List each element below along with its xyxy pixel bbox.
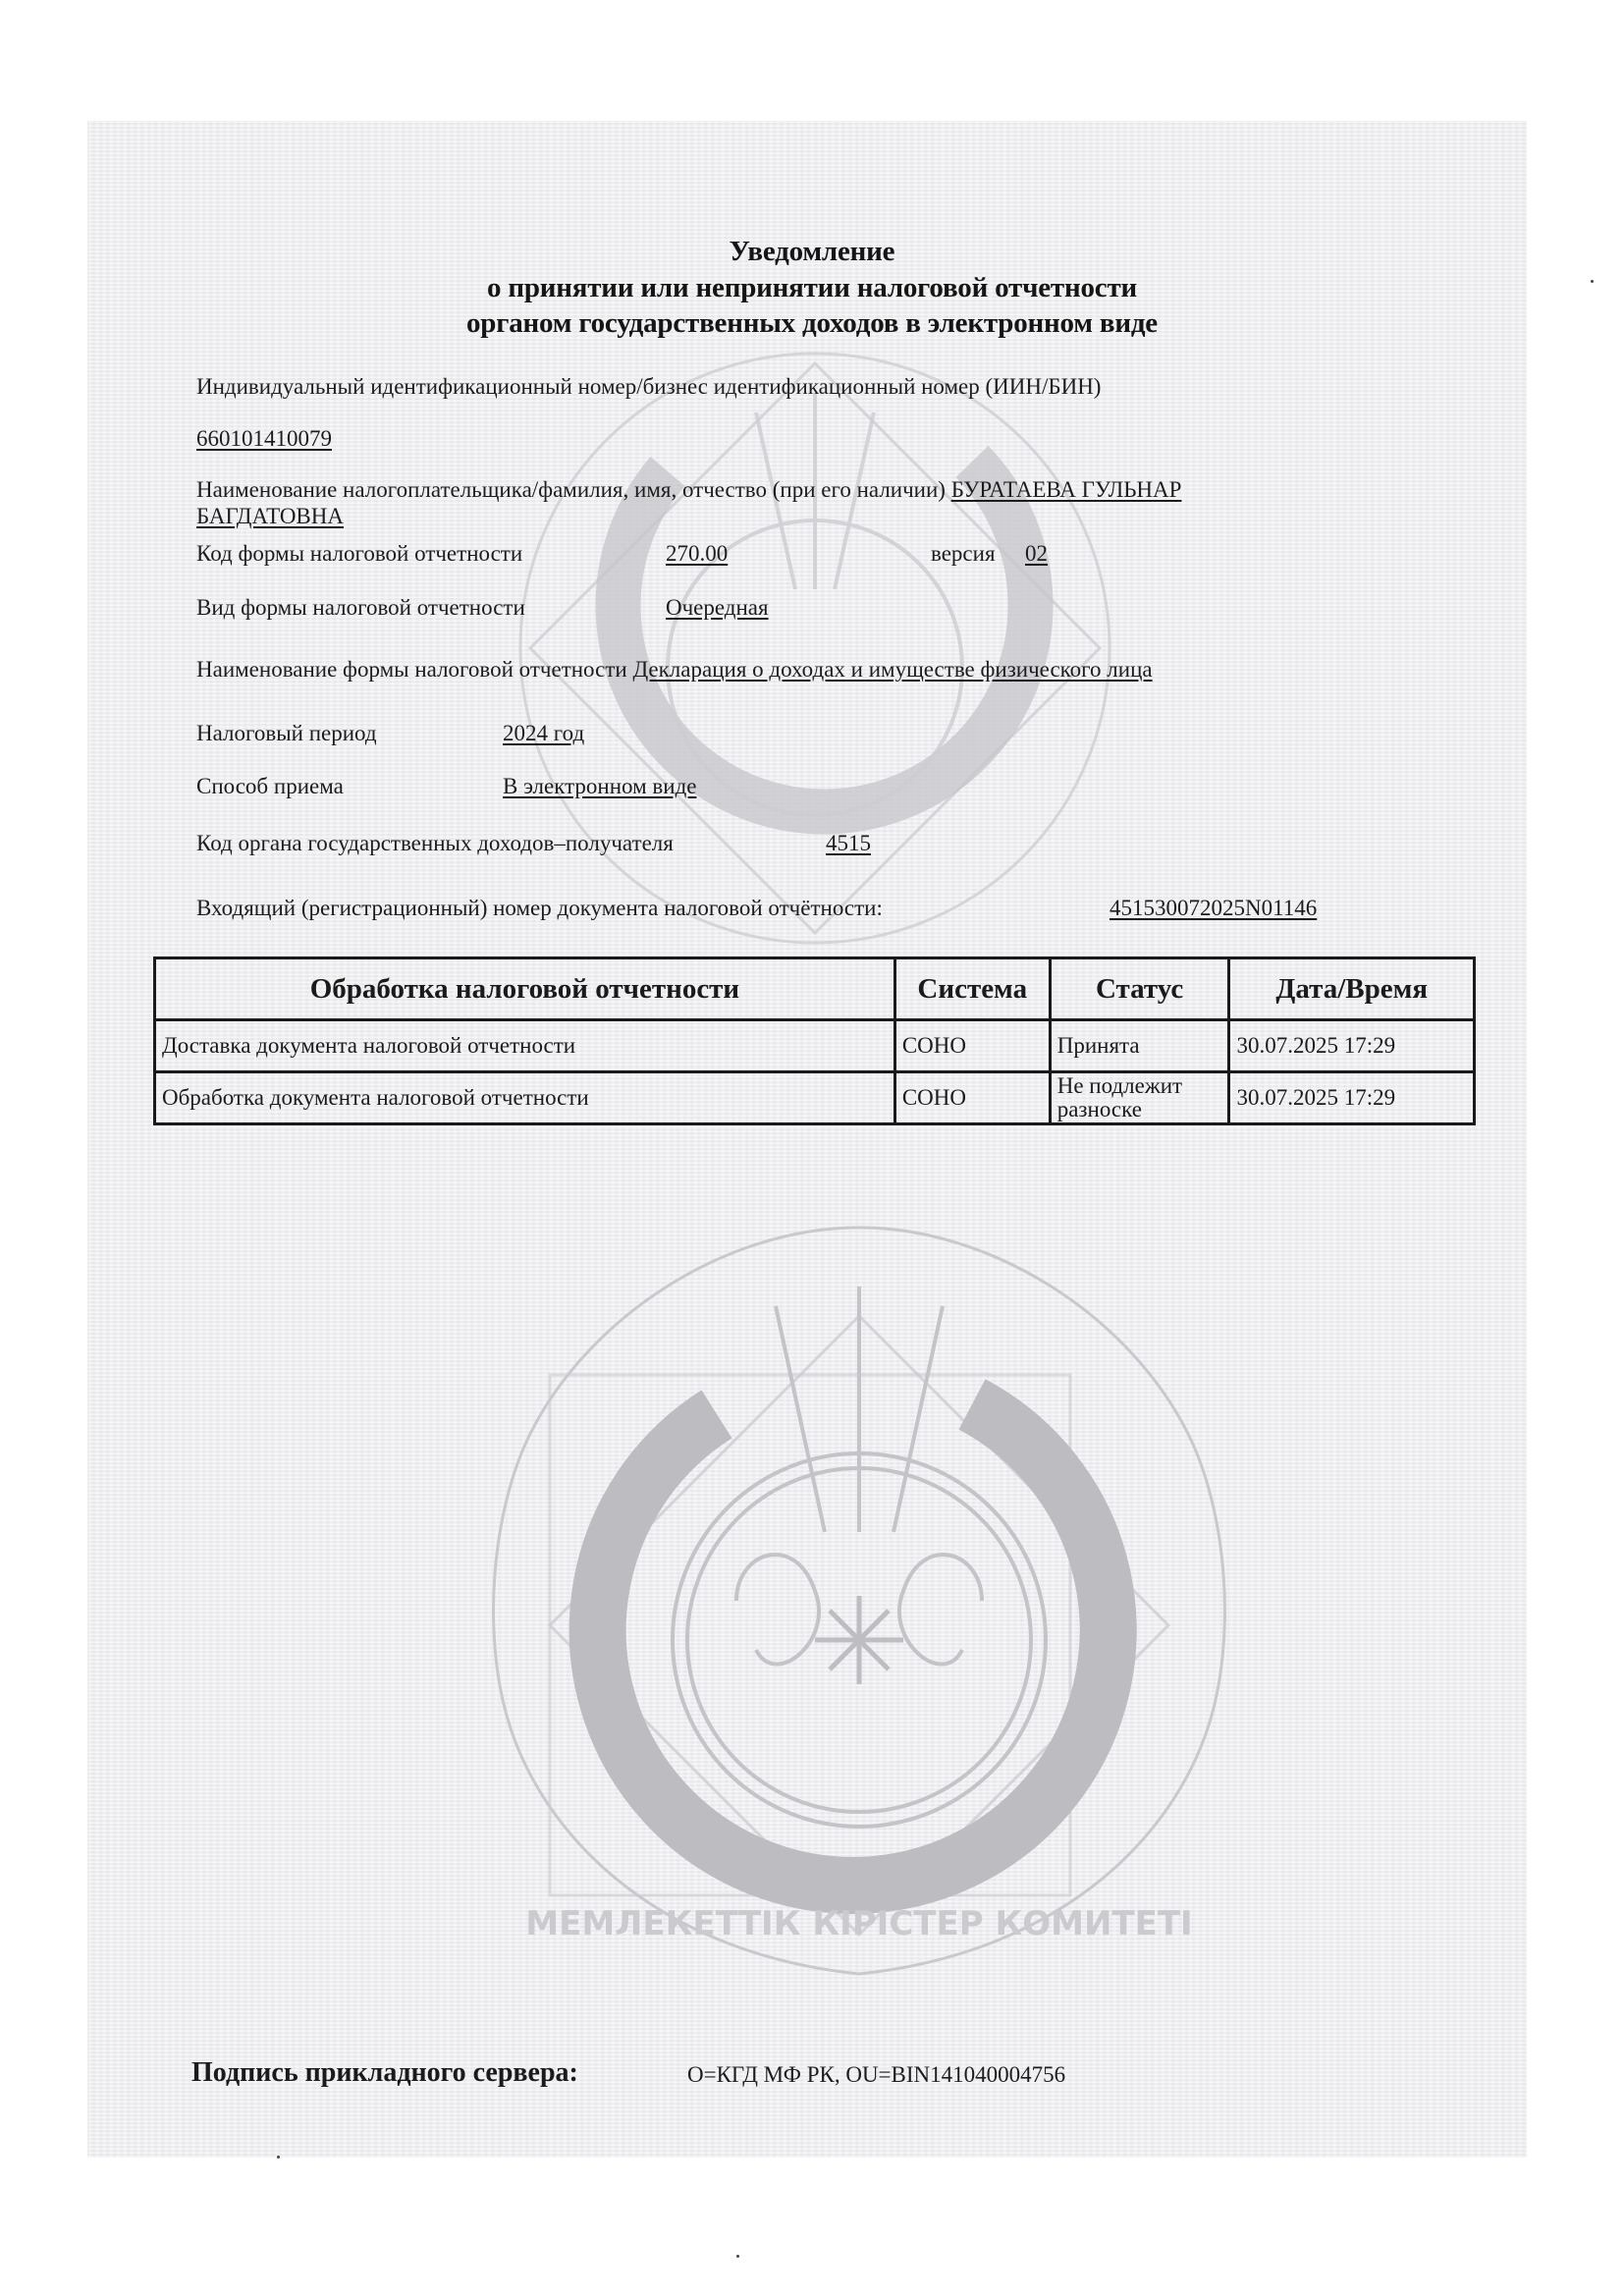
scan-speck [736,2255,739,2258]
form-name-value: Декларация о доходах и имуществе физичес… [632,657,1152,682]
form-name-row: Наименование формы налоговой отчетности … [196,657,1153,683]
taxpayer-label: Наименование налогоплательщика/фамилия, … [196,477,946,502]
method-label: Способ приема [196,774,344,799]
taxpayer-value-line2: БАГДАТОВНА [196,504,344,529]
version-value: 02 [1025,541,1048,567]
cell-system: СОНО [894,1072,1050,1124]
cell-status: Не подлежит разноске [1050,1072,1229,1124]
table-row: Доставка документа налоговой отчетности … [155,1020,1475,1072]
signature-label: Подпись прикладного сервера: [191,2057,578,2089]
iin-value: 660101410079 [196,426,332,452]
tax-period-label: Налоговый период [196,721,377,746]
title-line-3: органом государственных доходов в электр… [0,307,1624,340]
authority-code-value: 4515 [826,831,871,856]
iin-label: Индивидуальный идентификационный номер/б… [196,374,1101,400]
table-header-row: Обработка налоговой отчетности Система С… [155,958,1475,1020]
reg-number-value: 451530072025N01146 [1110,896,1317,921]
authority-code-label: Код органа государственных доходов–получ… [196,831,674,856]
cell-stage: Доставка документа налоговой отчетности [155,1020,895,1072]
title-line-2: о принятии или непринятии налоговой отче… [0,272,1624,304]
title-line-1: Уведомление [0,236,1624,268]
processing-table: Обработка налоговой отчетности Система С… [153,957,1476,1125]
header-status: Статус [1050,958,1229,1020]
form-type-label: Вид формы налоговой отчетности [196,595,525,621]
scan-speck [1591,280,1594,283]
taxpayer-row: Наименование налогоплательщика/фамилия, … [196,477,1181,503]
signature-value: O=КГД МФ РК, OU=BIN141040004756 [687,2062,1065,2088]
version-label: версия [931,541,996,567]
tax-period-value: 2024 год [503,721,584,746]
form-code-value: 270.00 [666,541,728,567]
cell-datetime: 30.07.2025 17:29 [1229,1020,1475,1072]
cell-datetime: 30.07.2025 17:29 [1229,1072,1475,1124]
reg-number-label: Входящий (регистрационный) номер докумен… [196,896,883,921]
form-name-label: Наименование формы налоговой отчетности [196,657,627,682]
table-row: Обработка документа налоговой отчетности… [155,1072,1475,1124]
header-stage: Обработка налоговой отчетности [155,958,895,1020]
header-system: Система [894,958,1050,1020]
taxpayer-value-line1: БУРАТАЕВА ГУЛЬНАР [951,477,1182,502]
header-datetime: Дата/Время [1229,958,1475,1020]
method-value: В электронном виде [503,774,697,799]
cell-status: Принята [1050,1020,1229,1072]
form-code-label: Код формы налоговой отчетности [196,541,522,567]
cell-system: СОНО [894,1020,1050,1072]
scan-speck [277,2156,280,2159]
cell-stage: Обработка документа налоговой отчетности [155,1072,895,1124]
form-type-value: Очередная [666,595,769,621]
